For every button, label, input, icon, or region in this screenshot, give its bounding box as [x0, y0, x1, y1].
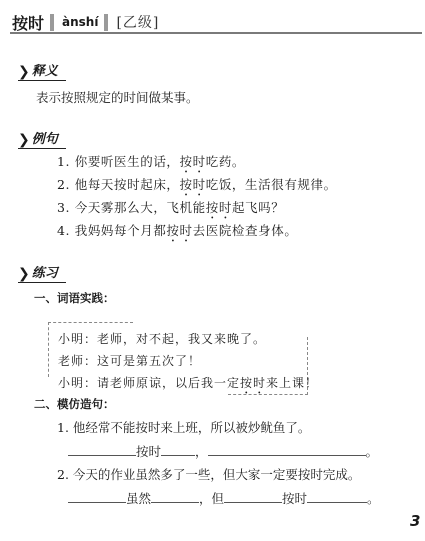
fill-in-template: 虽然，但按时。 — [68, 489, 380, 507]
dialogue-line: 老师：这可是第五次了！ — [58, 352, 201, 369]
definition-text: 表示按照规定的时间做某事。 — [36, 88, 199, 106]
section-underline — [18, 148, 66, 149]
definition-section-heading: ❯ 释义 — [18, 60, 66, 81]
dialogue-line: 小明：请老师原谅，以后我一定按时来上课！ — [58, 374, 318, 397]
separator-bar — [104, 14, 108, 31]
practice-part2-heading: 二、模仿造句： — [34, 396, 115, 412]
section-underline — [18, 80, 66, 81]
section-title: 释义 — [32, 60, 58, 80]
chevron-right-icon: ❯ — [18, 64, 30, 80]
model-sentence: 1. 他经常不能按时来上班，所以被炒鱿鱼了。 — [57, 418, 310, 436]
blank-input[interactable] — [307, 490, 367, 503]
page-number: 3 — [410, 512, 420, 530]
dialogue-line: 小明：老师，对不起，我又来晚了。 — [58, 330, 266, 347]
example-sentence: 4. 我妈妈每个月都按时去医院检查身体。 — [57, 221, 297, 245]
blank-input[interactable] — [224, 490, 282, 503]
entry-header: 按时 ànshí [乙级] — [12, 12, 159, 32]
section-underline — [18, 282, 66, 283]
blank-input[interactable] — [208, 443, 366, 456]
model-sentence: 2. 今天的作业虽然多了一些，但大家一定要按时完成。 — [57, 465, 360, 483]
example-sentence: 3. 今天雾那么大，飞机能按时起飞吗？ — [57, 198, 284, 222]
chevron-right-icon: ❯ — [18, 266, 30, 282]
example-sentence: 2. 他每天按时起床，按时吃饭，生活很有规律。 — [57, 175, 337, 199]
blank-input[interactable] — [161, 443, 195, 456]
level-badge: [乙级] — [116, 12, 159, 32]
chevron-right-icon: ❯ — [18, 132, 30, 148]
section-title: 练习 — [32, 262, 58, 282]
section-title: 例句 — [32, 128, 58, 148]
blank-input[interactable] — [68, 490, 126, 503]
blank-input[interactable] — [151, 490, 199, 503]
pinyin: ànshí — [62, 15, 98, 29]
practice-part1-heading: 一、词语实践： — [34, 290, 115, 306]
headword: 按时 — [12, 11, 44, 34]
examples-section-heading: ❯ 例句 — [18, 128, 66, 149]
header-rule — [10, 32, 422, 34]
separator-bar — [50, 14, 54, 31]
practice-section-heading: ❯ 练习 — [18, 262, 66, 283]
fill-in-template: 按时，。 — [68, 442, 378, 460]
example-sentence: 1. 你要听医生的话，按时吃药。 — [57, 152, 245, 176]
blank-input[interactable] — [68, 443, 136, 456]
